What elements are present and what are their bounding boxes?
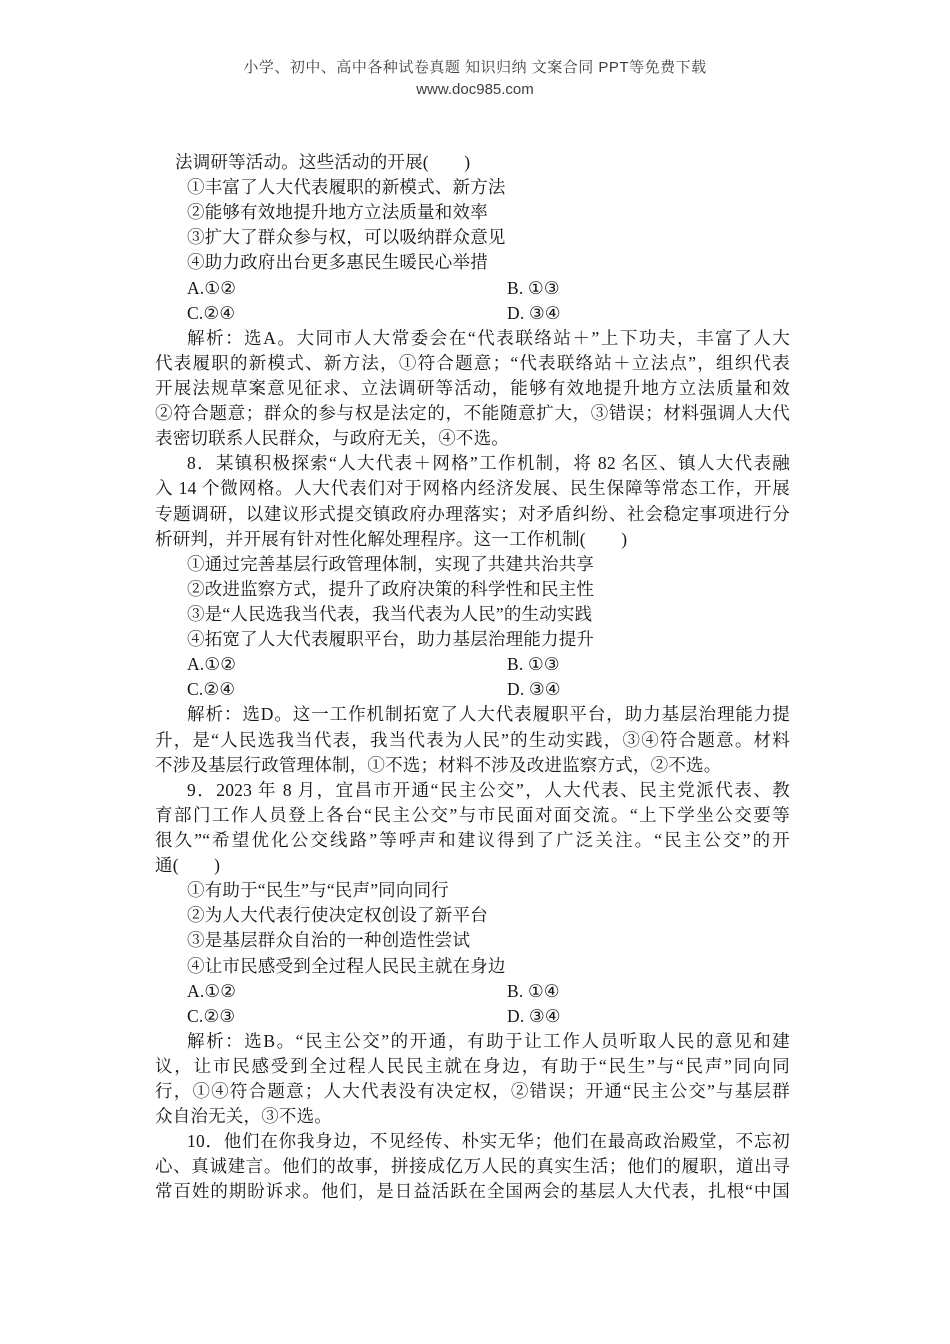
text-line: 9．2023 年 8 月，宜昌市开通“民主公交”，人大代表、民主党派代表、教 [155, 778, 790, 803]
text-line: 不涉及基层行政管理体制，①不选；材料不涉及改进监察方式，②不选。 [155, 753, 790, 778]
answer-options-row: A.①②B. ①③ [155, 276, 790, 301]
text-line: 育部门工作人员登上各台“民主公交”与市民面对面交流。“上下学坐公交要等 [155, 803, 790, 828]
header-promo-text: 小学、初中、高中各种试卷真题 知识归纳 文案合同 PPT等免费下载 [0, 57, 950, 79]
answer-options-row: A.①②B. ①④ [155, 979, 790, 1004]
option-left: C.②④ [187, 679, 235, 699]
option-left: C.②③ [187, 1006, 235, 1026]
text-line: 8．某镇积极探索“人大代表＋网格”工作机制，将 82 名区、镇人大代表融 [155, 451, 790, 476]
text-line: 通( ) [155, 853, 790, 878]
text-line: 议，让市民感受到全过程人民民主就在身边，有助于“民生”与“民声”同向同 [155, 1054, 790, 1079]
option-right: D. ③④ [507, 301, 561, 326]
document-body: 法调研等活动。这些活动的开展( )①丰富了人大代表履职的新模式、新方法②能够有效… [155, 150, 790, 1205]
option-right: D. ③④ [507, 1004, 561, 1029]
option-left: C.②④ [187, 303, 235, 323]
text-line: ③是基层群众自治的一种创造性尝试 [155, 928, 790, 953]
option-left: A.①② [187, 278, 236, 298]
answer-options-row: A.①②B. ①③ [155, 652, 790, 677]
text-line: ②为人大代表行使决定权创设了新平台 [155, 903, 790, 928]
text-line: 代表履职的新模式、新方法，①符合题意；“代表联络站＋立法点”，组织代表 [155, 351, 790, 376]
text-line: ③扩大了群众参与权，可以吸纳群众意见 [155, 225, 790, 250]
answer-options-row: C.②③D. ③④ [155, 1004, 790, 1029]
text-line: ①丰富了人大代表履职的新模式、新方法 [155, 175, 790, 200]
text-line: 入 14 个微网格。人大代表们对于网格内经济发展、民生保障等常态工作，开展 [155, 476, 790, 501]
header-site-url: www.doc985.com [0, 79, 950, 101]
text-line: 法调研等活动。这些活动的开展( ) [155, 150, 790, 175]
text-line: 表密切联系人民群众，与政府无关，④不选。 [155, 426, 790, 451]
text-line: 升，是“人民选我当代表，我当代表为人民”的生动实践，③④符合题意。材料 [155, 728, 790, 753]
text-line: ①有助于“民生”与“民声”同向同行 [155, 878, 790, 903]
option-left: A.①② [187, 981, 236, 1001]
text-line: ①通过完善基层行政管理体制，实现了共建共治共享 [155, 552, 790, 577]
text-line: 10．他们在你我身边，不见经传、朴实无华；他们在最高政治殿堂，不忘初 [155, 1129, 790, 1154]
text-line: 专题调研，以建议形式提交镇政府办理落实；对矛盾纠纷、社会稳定事项进行分 [155, 502, 790, 527]
text-line: ④助力政府出台更多惠民生暖民心举措 [155, 250, 790, 275]
text-line: 很久”“希望优化公交线路”等呼声和建议得到了广泛关注。“民主公交”的开 [155, 828, 790, 853]
answer-options-row: C.②④D. ③④ [155, 301, 790, 326]
option-right: B. ①③ [507, 276, 560, 301]
text-line: 行，①④符合题意；人大代表没有决定权，②错误；开通“民主公交”与基层群 [155, 1079, 790, 1104]
text-line: ④拓宽了人大代表履职平台，助力基层治理能力提升 [155, 627, 790, 652]
option-left: A.①② [187, 654, 236, 674]
answer-options-row: C.②④D. ③④ [155, 677, 790, 702]
text-line: ④让市民感受到全过程人民民主就在身边 [155, 954, 790, 979]
option-right: D. ③④ [507, 677, 561, 702]
text-line: 解析：选D。这一工作机制拓宽了人大代表履职平台，助力基层治理能力提 [155, 702, 790, 727]
text-line: 解析：选A。大同市人大常委会在“代表联络站＋”上下功夫，丰富了人大 [155, 326, 790, 351]
text-line: 解析：选B。“民主公交”的开通，有助于让工作人员听取人民的意见和建 [155, 1029, 790, 1054]
option-right: B. ①④ [507, 979, 560, 1004]
text-line: 开展法规草案意见征求、立法调研等活动，能够有效地提升地方立法质量和效率， [155, 376, 790, 401]
text-line: ③是“人民选我当代表，我当代表为人民”的生动实践 [155, 602, 790, 627]
text-line: ②改进监察方式，提升了政府决策的科学性和民主性 [155, 577, 790, 602]
text-line: 众自治无关，③不选。 [155, 1104, 790, 1129]
text-line: ②能够有效地提升地方立法质量和效率 [155, 200, 790, 225]
text-line: 心、真诚建言。他们的故事，拼接成亿万人民的真实生活；他们的履职，道出寻 [155, 1154, 790, 1179]
site-header: 小学、初中、高中各种试卷真题 知识归纳 文案合同 PPT等免费下载 www.do… [0, 57, 950, 101]
text-line: 常百姓的期盼诉求。他们，是日益活跃在全国两会的基层人大代表，扎根“中国 [155, 1179, 790, 1204]
text-line: 析研判，并开展有针对性化解处理程序。这一工作机制( ) [155, 527, 790, 552]
option-right: B. ①③ [507, 652, 560, 677]
text-line: ②符合题意；群众的参与权是法定的，不能随意扩大，③错误；材料强调人大代 [155, 401, 790, 426]
document-page: 小学、初中、高中各种试卷真题 知识归纳 文案合同 PPT等免费下载 www.do… [0, 0, 950, 1344]
